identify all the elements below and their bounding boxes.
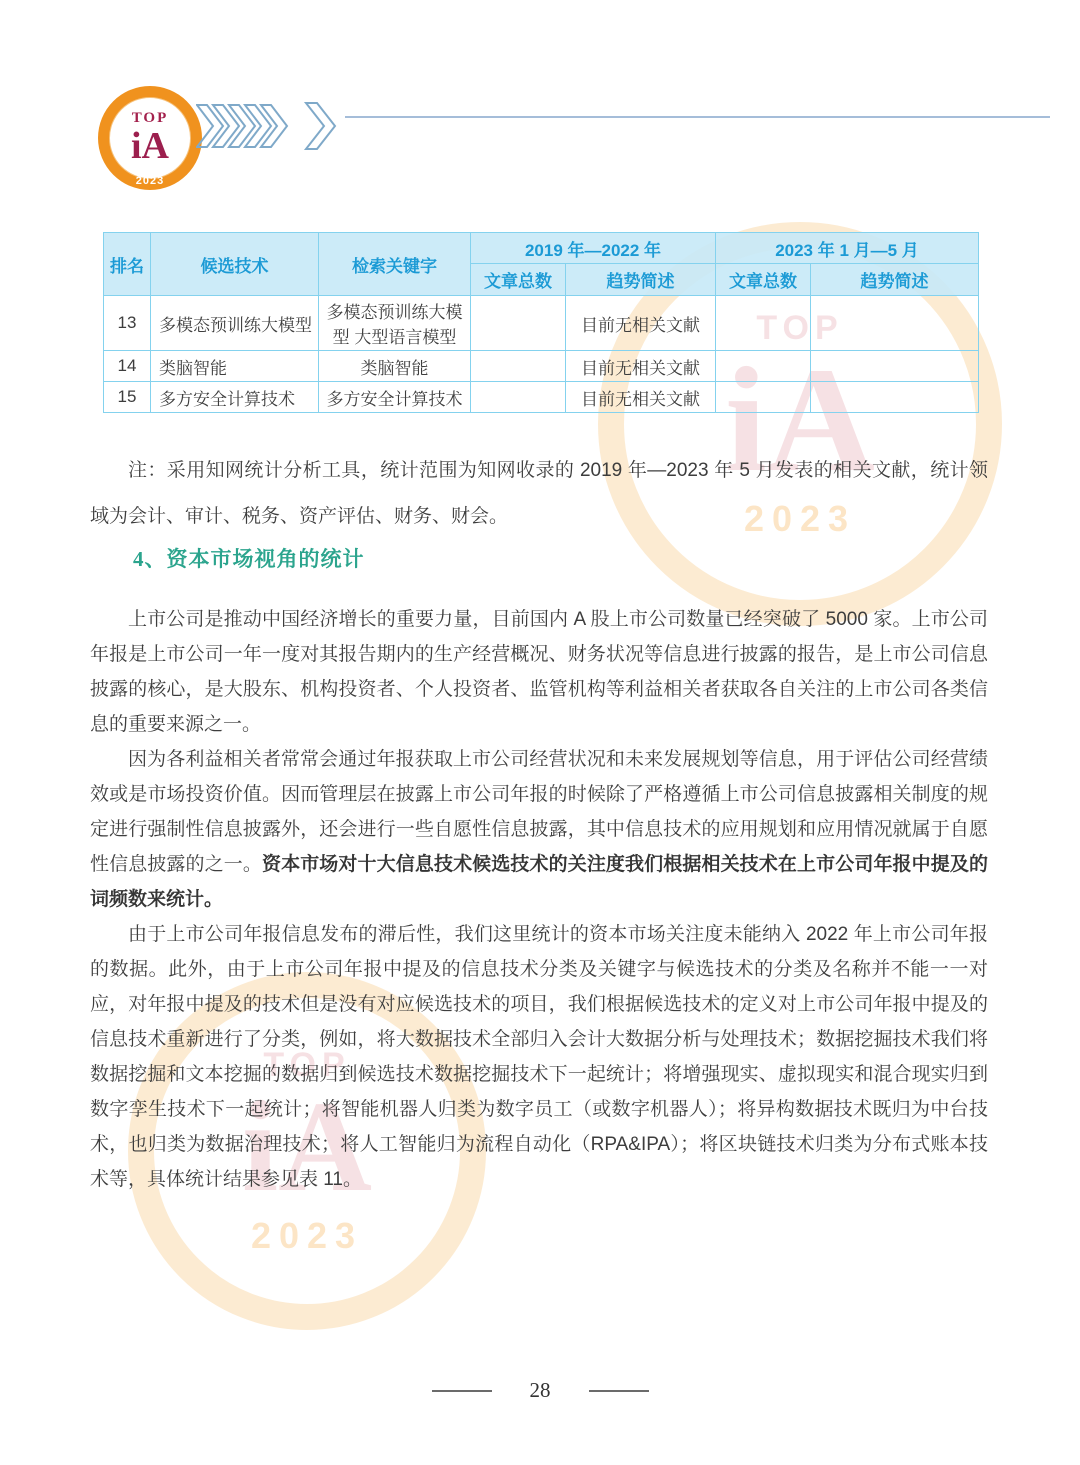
page-number: 28 bbox=[530, 1378, 551, 1403]
cell-tech: 多方安全计算技术 bbox=[151, 382, 319, 413]
logo-ia-text: iA bbox=[131, 127, 169, 165]
section-heading: 4、资本市场视角的统计 bbox=[133, 543, 365, 573]
col-header-trend-1: 趋势简述 bbox=[566, 264, 716, 296]
logo-year-text: 2023 bbox=[98, 175, 202, 187]
cell-articles-2 bbox=[716, 382, 811, 413]
table-row: 14 类脑智能 类脑智能 目前无相关文献 bbox=[104, 351, 979, 382]
cell-rank: 13 bbox=[104, 296, 151, 351]
paragraph-1: 上市公司是推动中国经济增长的重要力量，目前国内 A 股上市公司数量已经突破了 5… bbox=[90, 602, 988, 742]
document-page: TOP iA 2023 TOP iA 2023 TOP iA 2023 bbox=[0, 0, 1080, 1465]
cell-rank: 15 bbox=[104, 382, 151, 413]
cell-articles-2 bbox=[716, 351, 811, 382]
literature-stats-table: 排名 候选技术 检索关键字 2019 年—2022 年 2023 年 1 月—5… bbox=[103, 232, 978, 413]
cell-keyword: 多方安全计算技术 bbox=[319, 382, 471, 413]
paragraph-3: 由于上市公司年报信息发布的滞后性，我们这里统计的资本市场关注度未能纳入 2022… bbox=[90, 917, 988, 1197]
cell-articles-1 bbox=[471, 382, 566, 413]
col-group-2023: 2023 年 1 月—5 月 bbox=[716, 233, 979, 264]
cell-articles-2 bbox=[716, 296, 811, 351]
cell-articles-1 bbox=[471, 296, 566, 351]
cell-articles-1 bbox=[471, 351, 566, 382]
cell-keyword: 多模态预训练大模型 大型语言模型 bbox=[319, 296, 471, 351]
table-note: 注：采用知网统计分析工具，统计范围为知网收录的 2019 年—2023 年 5 … bbox=[90, 448, 988, 540]
col-header-tech: 候选技术 bbox=[151, 233, 319, 296]
logo-top-text: TOP bbox=[132, 111, 169, 126]
cell-trend-1: 目前无相关文献 bbox=[566, 351, 716, 382]
cell-rank: 14 bbox=[104, 351, 151, 382]
col-header-keyword: 检索关键字 bbox=[319, 233, 471, 296]
col-header-trend-2: 趋势简述 bbox=[811, 264, 979, 296]
page-footer: 28 bbox=[0, 1378, 1080, 1403]
cell-keyword: 类脑智能 bbox=[319, 351, 471, 382]
col-header-rank: 排名 bbox=[104, 233, 151, 296]
footer-left-dash bbox=[432, 1390, 492, 1392]
cell-tech: 多模态预训练大模型 bbox=[151, 296, 319, 351]
cell-trend-2 bbox=[811, 296, 979, 351]
paragraph-2: 因为各利益相关者常常会通过年报获取上市公司经营状况和未来发展规划等信息，用于评估… bbox=[90, 742, 988, 917]
footer-right-dash bbox=[589, 1390, 649, 1392]
header-divider-line bbox=[345, 116, 1050, 118]
top-ia-logo: TOP iA 2023 bbox=[98, 86, 202, 190]
cell-tech: 类脑智能 bbox=[151, 351, 319, 382]
table-row: 13 多模态预训练大模型 多模态预训练大模型 大型语言模型 目前无相关文献 bbox=[104, 296, 979, 351]
col-group-2019-2022: 2019 年—2022 年 bbox=[471, 233, 716, 264]
col-header-articles-2: 文章总数 bbox=[716, 264, 811, 296]
chevron-right-icons bbox=[196, 100, 346, 152]
col-header-articles-1: 文章总数 bbox=[471, 264, 566, 296]
cell-trend-2 bbox=[811, 351, 979, 382]
table-row: 15 多方安全计算技术 多方安全计算技术 目前无相关文献 bbox=[104, 382, 979, 413]
cell-trend-1: 目前无相关文献 bbox=[566, 382, 716, 413]
cell-trend-1: 目前无相关文献 bbox=[566, 296, 716, 351]
cell-trend-2 bbox=[811, 382, 979, 413]
